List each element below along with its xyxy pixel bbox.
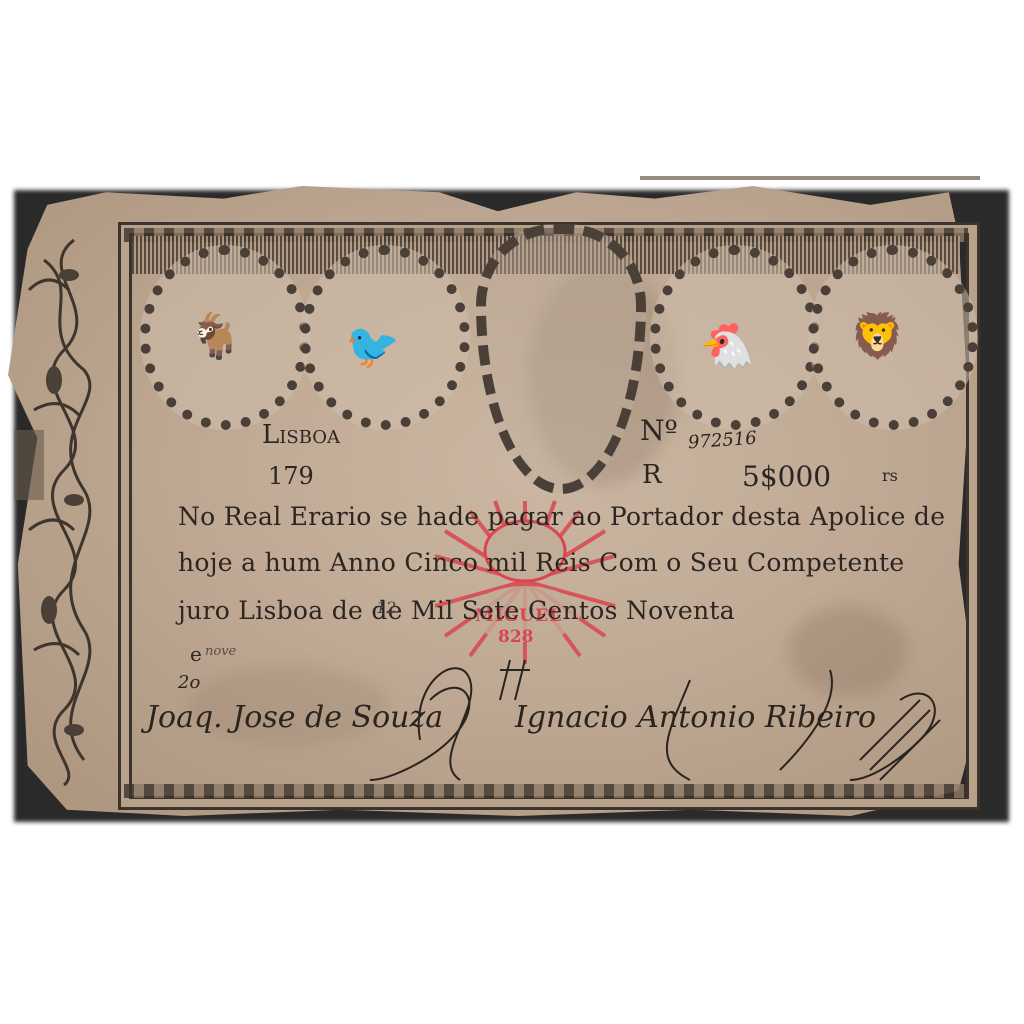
denomination-suffix: rs [882, 466, 898, 485]
top-edge-strip [640, 176, 980, 180]
text-line-1: No Real Erario se hade pagar ao Portador… [178, 502, 945, 531]
text-line-2: hoje a hum Anno Cinco mil Reis Com o Seu… [178, 548, 904, 577]
year: 179 [268, 462, 314, 490]
number-label: Nº [640, 414, 678, 447]
handwritten-day: 12 [376, 598, 396, 617]
signature-flourishes [130, 640, 990, 790]
bird-icon: 🐦 [345, 320, 400, 372]
issuer-city: Lisboa [262, 420, 340, 450]
text-line-3: juro Lisboa de de Mil Sete Centos Novent… [178, 596, 735, 625]
goat-icon: 🐐 [188, 310, 243, 362]
hen-icon: 🐔 [700, 320, 755, 372]
denomination: 5$000 [742, 460, 831, 493]
arabesque-border [14, 230, 114, 790]
lion-icon: 🦁 [850, 310, 905, 362]
series-letter: R [642, 460, 662, 490]
